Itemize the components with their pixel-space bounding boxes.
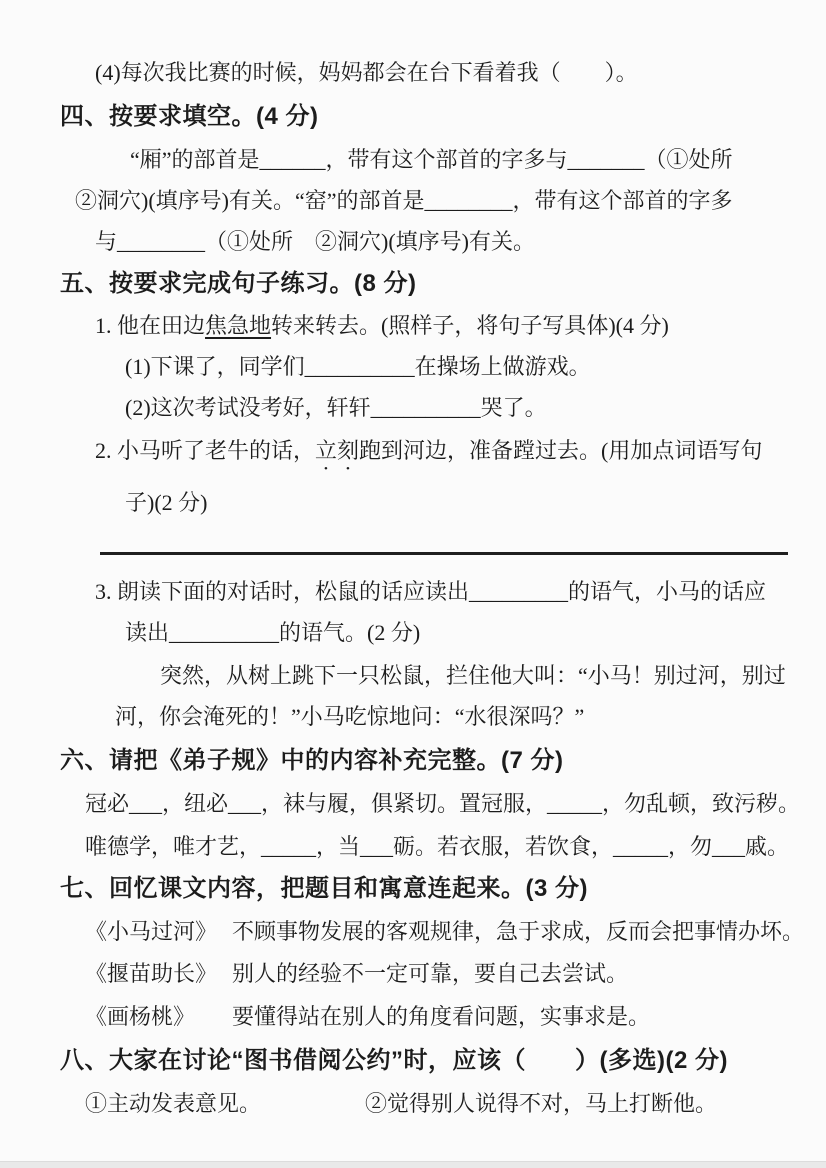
story-title-1: 《小马过河》 [85,919,232,945]
scan-bottom-edge [0,1161,826,1168]
item2-text-pre: 2. 小马听了老牛的话， [95,438,315,463]
section5-item3-line2: 读出__________的语气。(2 分) [125,620,798,646]
item2-text-post: 跑到河边，准备蹚过去。(用加点词语写句 [359,438,762,463]
story-meaning-2: 别人的经验不一定可靠，要自己去尝试。 [232,961,628,987]
section7-title: 七、回忆课文内容，把题目和寓意连起来。(3 分) [60,875,798,904]
match-row-2: 《揠苗助长》 别人的经验不一定可靠，要自己去尝试。 [85,961,798,987]
exam-page: (4)每次我比赛的时候，妈妈都会在台下看着我（ ）。 四、按要求填空。(4 分)… [0,0,826,1168]
section5-title: 五、按要求完成句子练习。(8 分) [60,270,798,299]
story-title-3: 《画杨桃》 [85,1004,232,1030]
item1-underlined-word: 焦急地 [205,313,271,338]
match-row-1: 《小马过河》 不顾事物发展的客观规律，急于求成，反而会把事情办坏。 [85,919,798,945]
section8-title: 八、大家在讨论“图书借阅公约”时，应该（ ）(多选)(2 分) [60,1047,798,1076]
section6-line2: 唯德学，唯才艺，_____，当___砺。若衣服，若饮食，_____，勿___戚。 [85,834,798,860]
section4-line2: ②洞穴)(填序号)有关。“窑”的部首是________，带有这个部首的字多 [75,188,798,214]
item1-text-pre: 1. 他在田边 [95,313,205,338]
section5-item1: 1. 他在田边焦急地转来转去。(照样子，将句子写具体)(4 分) [95,313,798,339]
section4-line1: “厢”的部首是______，带有这个部首的字多与_______（①处所 [130,147,798,173]
item2-dotted-word: 立刻 [315,438,359,463]
answer-line [100,552,788,555]
section4-line3: 与________（①处所 ②洞穴)(填序号)有关。 [95,229,798,255]
section6-title: 六、请把《弟子规》中的内容补充完整。(7 分) [60,747,798,776]
story-meaning-1: 不顾事物发展的客观规律，急于求成，反而会把事情办坏。 [232,919,804,945]
section5-item2: 2. 小马听了老牛的话，立刻跑到河边，准备蹚过去。(用加点词语写句 [95,438,798,475]
section5-item1-sub1: (1)下课了，同学们__________在操场上做游戏。 [125,354,798,380]
section4-title: 四、按要求填空。(4 分) [60,103,798,132]
option-1: ①主动发表意见。 [85,1091,365,1117]
option-2: ②觉得别人说得不对，马上打断他。 [365,1091,717,1117]
section8-options: ①主动发表意见。 ②觉得别人说得不对，马上打断他。 [85,1091,798,1117]
story-title-2: 《揠苗助长》 [85,961,232,987]
section5-item3-line1: 3. 朗读下面的对话时，松鼠的话应读出_________的语气，小马的话应 [95,579,798,605]
section5-item2-line2: 子)(2 分) [125,490,798,516]
section5-item3-passage2: 河，你会淹死的！”小马吃惊地问：“水很深吗？” [115,704,798,730]
item1-text-post: 转来转去。(照样子，将句子写具体)(4 分) [271,313,669,338]
story-meaning-3: 要懂得站在别人的角度看问题，实事求是。 [232,1004,650,1030]
question3-item4: (4)每次我比赛的时候，妈妈都会在台下看着我（ ）。 [95,60,798,86]
match-row-3: 《画杨桃》 要懂得站在别人的角度看问题，实事求是。 [85,1004,798,1030]
section6-line1: 冠必___，纽必___，袜与履，俱紧切。置冠服，_____，勿乱顿，致污秽。 [85,791,798,817]
section5-item1-sub2: (2)这次考试没考好，轩轩__________哭了。 [125,395,798,421]
section5-item3-passage1: 突然，从树上跳下一只松鼠，拦住他大叫：“小马！别过河，别过 [160,663,798,689]
